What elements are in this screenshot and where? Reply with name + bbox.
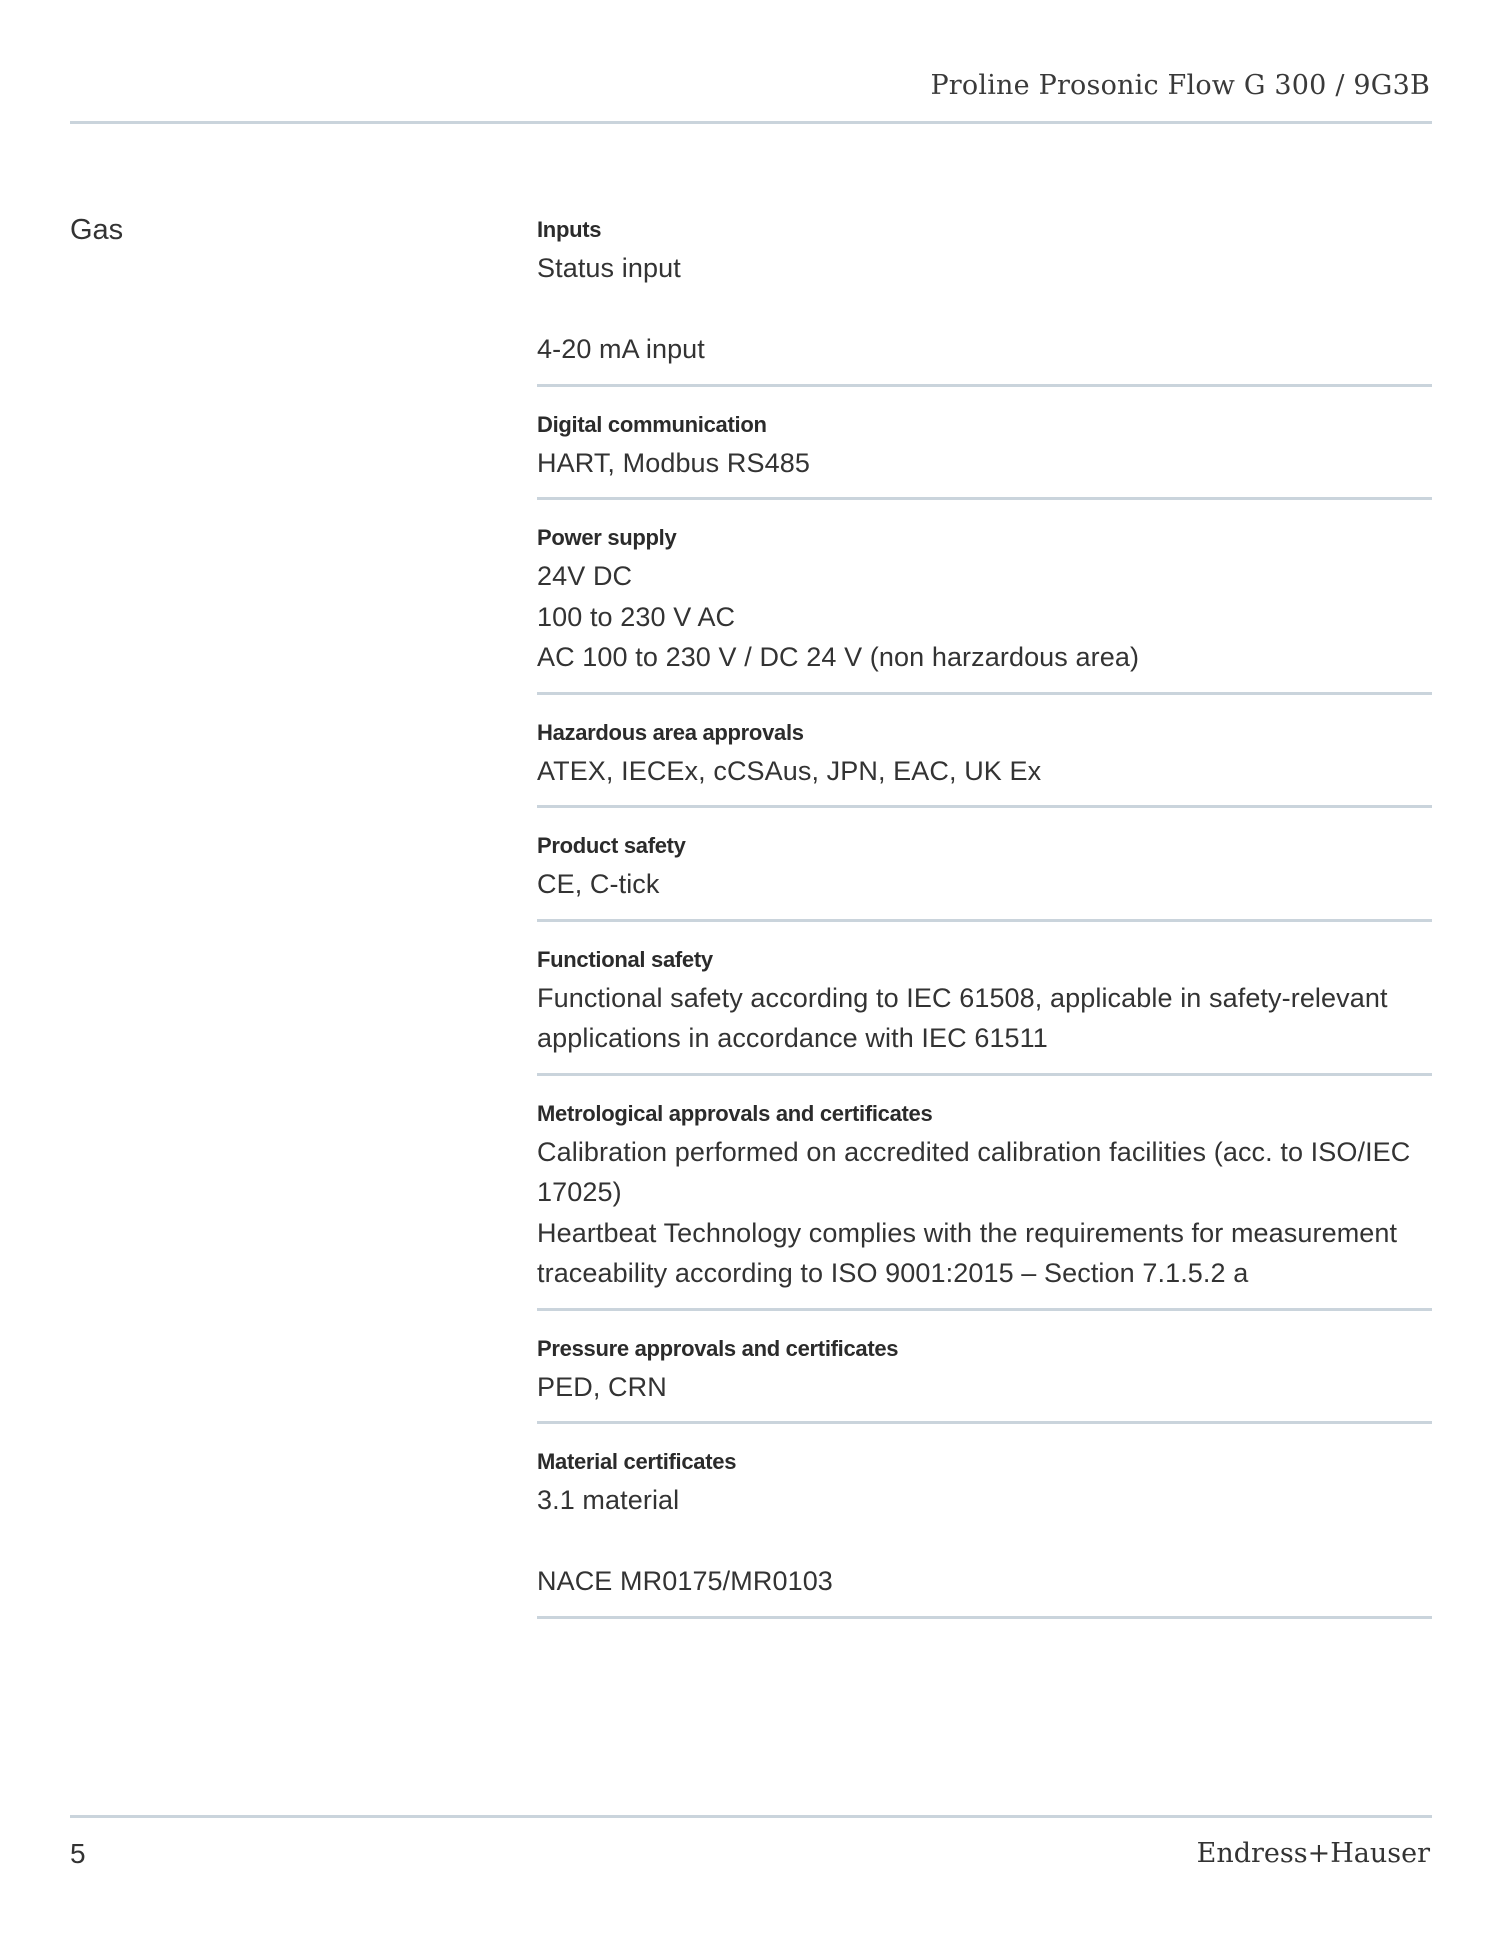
spec-pressure-approvals: Pressure approvals and certificates PED,…: [537, 1331, 1432, 1425]
spec-heading: Digital communication: [537, 407, 1432, 443]
spec-heading: Power supply: [537, 520, 1432, 556]
spec-heading: Metrological approvals and certificates: [537, 1096, 1432, 1132]
spec-heading: Material certificates: [537, 1444, 1432, 1480]
spec-value: 3.1 material: [537, 1480, 1432, 1521]
spec-value: NACE MR0175/MR0103: [537, 1561, 1432, 1602]
spec-value: HART, Modbus RS485: [537, 443, 1432, 484]
brand-name: Endress+Hauser: [1197, 1838, 1430, 1869]
spec-value: Heartbeat Technology complies with the r…: [537, 1213, 1432, 1294]
spec-value: PED, CRN: [537, 1367, 1432, 1408]
section-label: Gas: [70, 214, 123, 247]
spec-value: 4-20 mA input: [537, 329, 1432, 370]
spec-heading: Pressure approvals and certificates: [537, 1331, 1432, 1367]
spec-functional-safety: Functional safety Functional safety acco…: [537, 942, 1432, 1076]
spec-material-certificates: Material certificates 3.1 material NACE …: [537, 1444, 1432, 1619]
spec-heading: Hazardous area approvals: [537, 715, 1432, 751]
page-number: 5: [70, 1838, 86, 1870]
spec-value: AC 100 to 230 V / DC 24 V (non harzardou…: [537, 637, 1432, 678]
spec-value: Calibration performed on accredited cali…: [537, 1132, 1432, 1213]
spec-list: Inputs Status input 4-20 mA input Digita…: [537, 212, 1432, 1639]
spec-value: ATEX, IECEx, cCSAus, JPN, EAC, UK Ex: [537, 751, 1432, 792]
spec-power-supply: Power supply 24V DC 100 to 230 V AC AC 1…: [537, 520, 1432, 695]
spec-heading: Inputs: [537, 212, 1432, 248]
footer-divider: [70, 1815, 1432, 1818]
document-header-title: Proline Prosonic Flow G 300 / 9G3B: [930, 70, 1430, 101]
spec-value: 24V DC: [537, 556, 1432, 597]
spec-heading: Functional safety: [537, 942, 1432, 978]
spec-digital-communication: Digital communication HART, Modbus RS485: [537, 407, 1432, 501]
header-divider: [70, 121, 1432, 124]
spec-value: Status input: [537, 248, 1432, 289]
spec-value: 100 to 230 V AC: [537, 597, 1432, 638]
spec-hazardous-area-approvals: Hazardous area approvals ATEX, IECEx, cC…: [537, 715, 1432, 809]
spec-value: Functional safety according to IEC 61508…: [537, 978, 1432, 1059]
spec-product-safety: Product safety CE, C-tick: [537, 828, 1432, 922]
spec-inputs: Inputs Status input 4-20 mA input: [537, 212, 1432, 387]
spec-metrological-approvals: Metrological approvals and certificates …: [537, 1096, 1432, 1311]
spec-value: CE, C-tick: [537, 864, 1432, 905]
spec-heading: Product safety: [537, 828, 1432, 864]
